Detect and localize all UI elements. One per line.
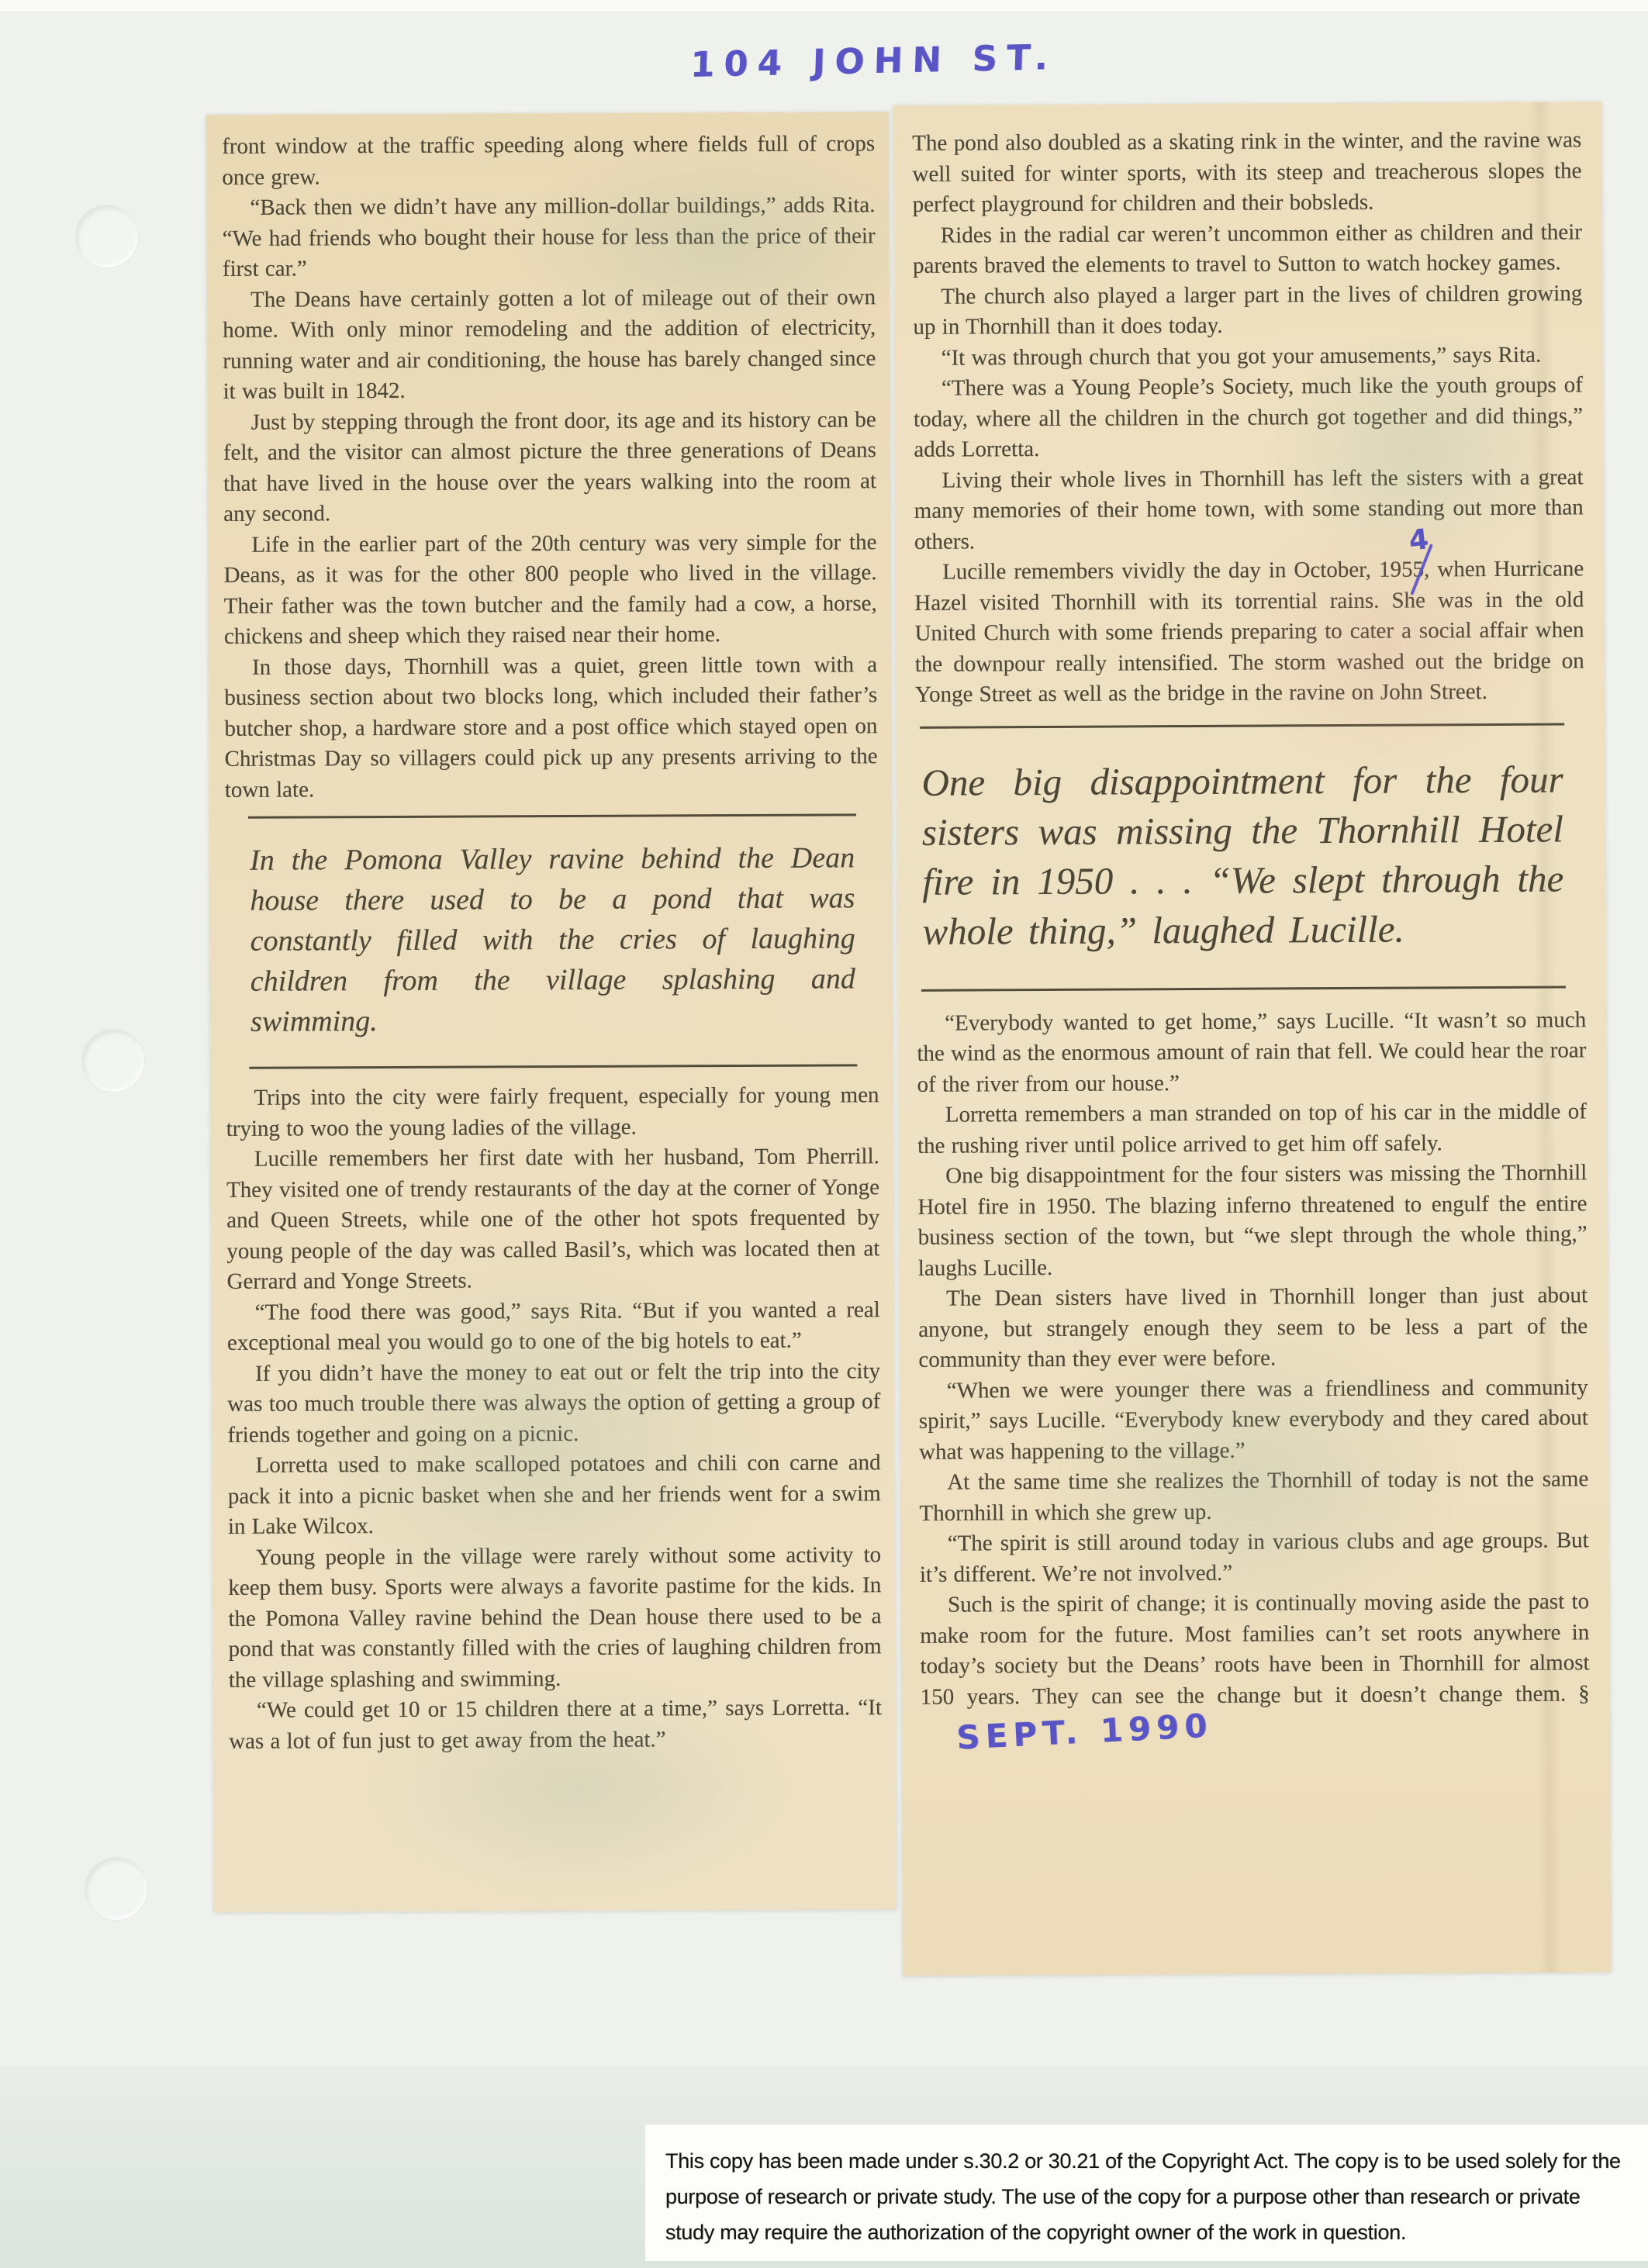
newspaper-clipping-right: The pond also doubled as a skating rink … bbox=[893, 102, 1612, 1976]
article-paragraph: Living their whole lives in Thornhill ha… bbox=[914, 462, 1584, 558]
article-paragraph: “The food there was good,” says Rita. “B… bbox=[227, 1295, 880, 1359]
article-paragraph: “It was through church that you got your… bbox=[914, 340, 1583, 374]
scanned-page: 104 JOHN ST. front window at the traffic… bbox=[0, 0, 1648, 2268]
hole-punch bbox=[76, 205, 138, 268]
article-paragraph: Lucille remembers her first date with he… bbox=[226, 1141, 880, 1297]
copyright-notice: This copy has been made under s.30.2 or … bbox=[645, 2125, 1648, 2261]
scan-edge bbox=[0, 0, 1648, 11]
article-paragraph: Just by stepping through the front door,… bbox=[223, 405, 877, 530]
handwritten-address: 104 JOHN ST. bbox=[689, 36, 1058, 85]
article-paragraph: Lorretta used to make scalloped potatoes… bbox=[228, 1448, 882, 1542]
handwritten-date: SEPT. 1990 bbox=[955, 1710, 1213, 1754]
pull-quote: In the Pomona Valley ravine behind the D… bbox=[248, 813, 857, 1068]
article-paragraph: Young people in the village were rarely … bbox=[228, 1540, 882, 1696]
article-paragraph: Trips into the city were fairly frequent… bbox=[226, 1080, 879, 1144]
article-paragraph: “We could get 10 or 15 children there at… bbox=[229, 1693, 882, 1757]
hole-punch bbox=[85, 1858, 147, 1920]
article-paragraph: “When we were younger there was a friend… bbox=[919, 1372, 1589, 1468]
article-paragraph: The pond also doubled as a skating rink … bbox=[912, 125, 1582, 220]
article-paragraph: “Back then we didn’t have any million-do… bbox=[222, 190, 876, 285]
hole-punch bbox=[82, 1030, 144, 1092]
closing-text: Such is the spirit of change; it is cont… bbox=[920, 1589, 1589, 1709]
article-paragraph: The Dean sisters have lived in Thornhill… bbox=[918, 1280, 1588, 1376]
article-paragraph-hazel: Lucille remembers vividly the day in Oct… bbox=[914, 554, 1584, 710]
article-paragraph: “Everybody wanted to get home,” says Luc… bbox=[917, 1005, 1587, 1100]
article-paragraph: Life in the earlier part of the 20th cen… bbox=[223, 527, 877, 653]
article-paragraph: Lorretta remembers a man stranded on top… bbox=[917, 1096, 1587, 1162]
article-paragraph: The church also played a larger part in … bbox=[913, 278, 1582, 343]
article-paragraph: In those days, Thornhill was a quiet, gr… bbox=[224, 650, 878, 806]
pull-quote: One big disappointment for the four sist… bbox=[920, 723, 1566, 991]
article-paragraph: “The spirit is still around today in var… bbox=[920, 1525, 1589, 1590]
article-paragraph: “There was a Young People’s Society, muc… bbox=[914, 370, 1584, 465]
article-paragraph: At the same time she realizes the Thornh… bbox=[919, 1464, 1588, 1529]
article-paragraph: One big disappointment for the four sist… bbox=[917, 1158, 1588, 1284]
article-paragraph: The Deans have certainly gotten a lot of… bbox=[223, 282, 876, 408]
hazel-text-before: Lucille remembers vividly the day in Oct… bbox=[942, 558, 1413, 585]
article-paragraph: If you didn’t have the money to eat out … bbox=[227, 1356, 881, 1451]
article-closing-paragraph: Such is the spirit of change; it is cont… bbox=[920, 1586, 1590, 1748]
article-paragraph: Rides in the radial car weren’t uncommon… bbox=[913, 217, 1582, 282]
year-correction: 45 bbox=[1412, 554, 1424, 585]
article-paragraph: front window at the traffic speeding alo… bbox=[222, 129, 875, 193]
section-mark: § bbox=[1578, 1681, 1590, 1706]
newspaper-clipping-left: front window at the traffic speeding alo… bbox=[206, 112, 897, 1912]
